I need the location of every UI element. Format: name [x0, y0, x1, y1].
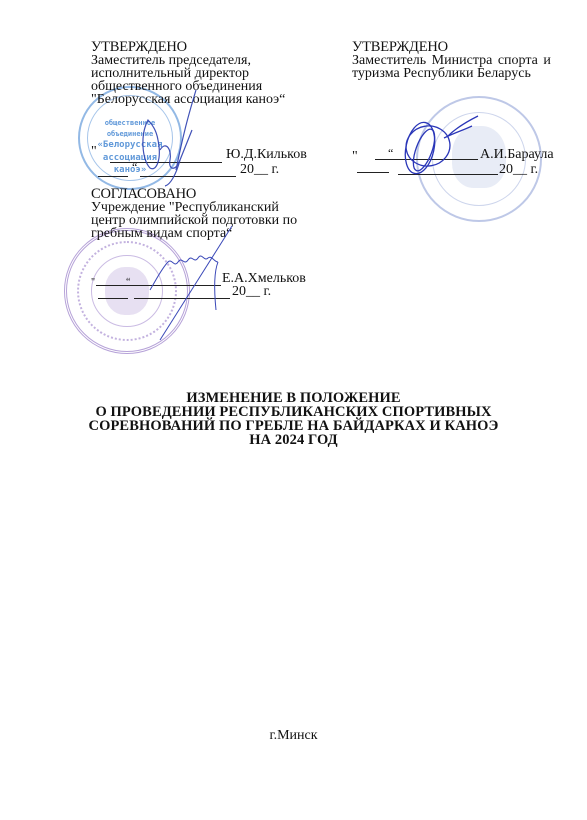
- signature-quote-open: ": [91, 276, 95, 290]
- olympic-center-stamp: [64, 228, 190, 354]
- date-day-line: [357, 172, 389, 173]
- date-day-line: [98, 176, 128, 177]
- agreed-line: гребным видам спорта“: [91, 227, 232, 241]
- approval-right-heading: УТВЕРЖДЕНО: [352, 40, 448, 54]
- approval-right-year: 20__ г.: [499, 163, 538, 177]
- signature-quote-close: “: [388, 147, 393, 161]
- agreed-year: 20__ г.: [232, 285, 271, 299]
- agreed-heading: СОГЛАСОВАНО: [91, 187, 196, 201]
- signature-quote-open: ": [91, 145, 97, 159]
- document-page: общественное объединение «Белорусская ас…: [0, 0, 587, 820]
- approval-left-signatory: Ю.Д.Кильков: [226, 148, 307, 162]
- approval-left-line: "Белорусская ассоциация каноэ“: [91, 93, 285, 107]
- city-label: г.Минск: [0, 728, 587, 744]
- approval-right-signatory: А.И.Бараула: [480, 148, 554, 162]
- approval-left-heading: УТВЕРЖДЕНО: [91, 40, 187, 54]
- approval-left-year: 20__ г.: [240, 163, 279, 177]
- date-day-line: [98, 298, 128, 299]
- date-month-line: [134, 298, 230, 299]
- date-month-line: [398, 174, 498, 175]
- signature-quote-open: ": [352, 150, 358, 164]
- signature-line: [110, 162, 222, 163]
- signature-quote-close: “: [132, 161, 137, 175]
- signature-quote-close: “: [126, 276, 130, 290]
- signature-line: [96, 285, 221, 286]
- approval-right-line: туризма Республики Беларусь: [352, 67, 531, 81]
- title-line: НА 2024 ГОД: [0, 433, 587, 448]
- date-month-line: [140, 176, 236, 177]
